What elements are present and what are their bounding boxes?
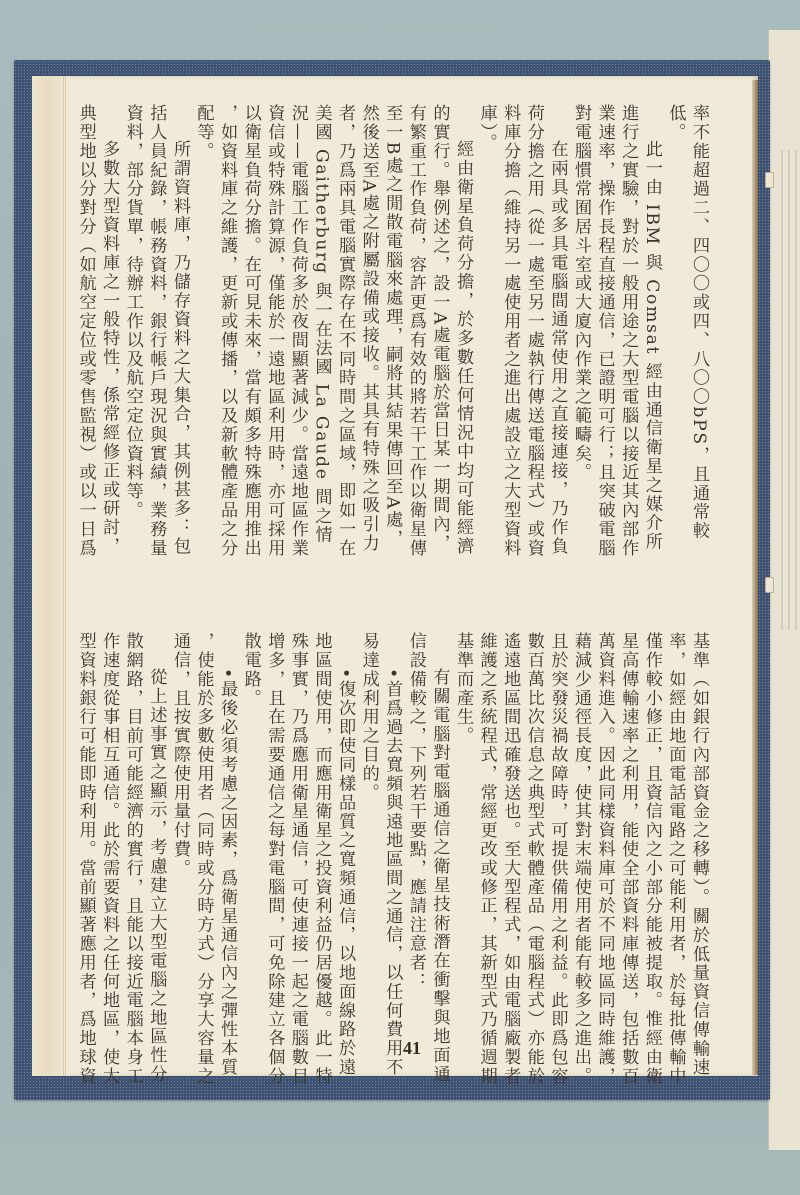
text-column: 業速率，操作長程直接通信，已證明可行；且突破電腦 <box>592 104 616 634</box>
text-column: 美國 Gaitherburg 與一在法國 La Gaude 間之情 <box>309 104 333 634</box>
binding-thread <box>765 577 774 593</box>
text-column: 散網路，目前可能經濟的實行，且能以接近電腦本身工 <box>120 632 144 1042</box>
text-column: 星高傳輸速率之利用，能使全部資料庫傳送，包括數百 <box>616 632 640 1042</box>
text-column: 通信，且按實際使用量付費。 <box>167 632 191 1042</box>
text-column: 然後送至A處之附屬設備或接收。其具有特殊之吸引力 <box>356 104 380 634</box>
text-column: 配等。 <box>191 104 215 634</box>
text-column: •首爲過去寬頻與遠地區間之通信，以任何費用不 <box>380 632 404 1042</box>
text-column: 基準而產生。 <box>450 632 474 1042</box>
text-column: 括人員紀錄，帳務資料，銀行帳戶現況與實績，業務量 <box>144 104 168 634</box>
lower-text-block: 基準（如銀行內部資金之移轉）。關於低量資信傳輸速率，如經由地面電話電路之可能利用… <box>110 632 710 1042</box>
text-column: 從上述事實之顯示，考慮建立大型電腦之地區性分 <box>144 632 168 1042</box>
page-number: 41 <box>392 1038 432 1059</box>
text-column: 萬資料進入。因此同樣資料庫可於不同地區同時維護， <box>592 632 616 1042</box>
text-column: 此一由 IBM 與 Comsat 經由通信衛星之媒介所 <box>639 104 663 634</box>
text-column: 經由衛星負荷分擔，於多數任何情況中均可能經濟 <box>450 104 474 634</box>
text-column: 地區間使用，而應用衛星之投資利益仍居優越。此一特 <box>309 632 333 1042</box>
text-column: 率，如經由地面電話電路之可能利用者，於每批傳輸中 <box>663 632 687 1042</box>
text-column: 易達成利用之目的。 <box>356 632 380 1042</box>
text-column: 資信或特殊計算源，僅能於一遠地區利用時，亦可採用 <box>262 104 286 634</box>
text-column: 者，乃爲兩具電腦實際存在不同時間之區域，即如一在 <box>333 104 357 634</box>
text-column: ，使能於多數使用者（同時或分時方式）分享大容量之 <box>191 632 215 1042</box>
text-column: 資料，部分貨單，待辦工作以及航空定位資料等。 <box>120 104 144 634</box>
text-column: 在兩具或多具電腦間通常使用之直接連接，乃作負 <box>545 104 569 634</box>
text-column: 作速度從事相互通信。此於需要資料之任何地區，使大 <box>97 632 121 1042</box>
page-stack-edges <box>32 76 71 1076</box>
text-column: 多數大型資料庫之一般特性，係常經修正或研討， <box>97 104 121 634</box>
text-column: 況——電腦工作負荷多於夜間顯著減少。當遠地區作業 <box>285 104 309 634</box>
text-column: 典型地以分對分（如航空定位或零售監視）或以一日爲 <box>73 104 97 634</box>
text-column: 對電腦慣常囿居斗室或大廈內作業之範疇矣。 <box>568 104 592 634</box>
text-column: •最後必須考慮之因素，爲衛星通信內之彈性本質 <box>215 632 239 1042</box>
text-column: ，如資料庫之維護，更新或傳播，以及新軟體產品之分 <box>215 104 239 634</box>
text-column: 信設備較之，下列若干要點，應請注意者： <box>403 632 427 1042</box>
text-column: 以衛星負荷分擔。在可見未來，當有頗多特殊應用推出 <box>238 104 262 634</box>
text-column: 增多，且在需要通信之每對電腦間，可免除建立各個分 <box>262 632 286 1042</box>
text-column: 有關電腦對電腦通信之衛星技術潛在衝擊與地面通 <box>427 632 451 1042</box>
text-column: 基準（如銀行內部資金之移轉）。關於低量資信傳輸速 <box>686 632 710 1042</box>
text-column: 散電路。 <box>238 632 262 1042</box>
binding-thread <box>765 172 774 188</box>
adjacent-page-text <box>781 150 800 630</box>
text-column: 且於突發災禍故障時，可提供備用之利益。此即爲包容 <box>545 632 569 1042</box>
text-column: 率不能超過二、四〇〇或四、八〇〇bPS，且通常較 <box>686 104 710 634</box>
text-column: 荷分擔之用（從一處至另一處執行傳送電腦程式）或資 <box>521 104 545 634</box>
text-column: 遙遠地區間迅確發送也。至大型程式，如由電腦廠製者 <box>498 632 522 1042</box>
text-column: 維護之系統程式，常經更改或修正，其新型式乃循週期 <box>474 632 498 1042</box>
text-column: 藉減少通徑長度，使其對末端使用者能有較多之進出。 <box>568 632 592 1042</box>
text-column: 料庫分擔（維持另一處使用者之進出處設立之大型資料 <box>498 104 522 634</box>
text-column: 殊事實，乃爲應用衛星通信，可使連接一起之電腦數目 <box>285 632 309 1042</box>
text-column: 的實行。舉例述之，設一A處電腦於當日某一期間內， <box>427 104 451 634</box>
text-column: •復次即使同樣品質之寬頻通信，以地面線路於遠 <box>333 632 357 1042</box>
text-column: 有繁重工作負荷，容許更爲有效的將若干工作以衛星傳 <box>403 104 427 634</box>
text-column: 低。 <box>663 104 687 634</box>
text-column: 數百萬比次信息之典型式軟體產品（電腦程式）亦能於 <box>521 632 545 1042</box>
text-column: 進行之實驗，對於一般用途之大型電腦以接近其內部作 <box>616 104 640 634</box>
text-column: 至一B處之閒散電腦來處理，嗣將其結果傳回至A處， <box>380 104 404 634</box>
page-gutter-edge <box>752 80 758 1075</box>
text-column: 所謂資料庫，乃儲存資料之大集合，其例甚多：包 <box>167 104 191 634</box>
text-column: 僅作較小修正，且資信內之小部分能被提取。惟經由衛 <box>639 632 663 1042</box>
text-column: 庫）。 <box>474 104 498 634</box>
text-column: 型資料銀行可能即時利用。當前顯著應用者，爲地球資 <box>73 632 97 1042</box>
upper-text-block: 率不能超過二、四〇〇或四、八〇〇bPS，且通常較低。此一由 IBM 與 Coms… <box>110 104 710 634</box>
